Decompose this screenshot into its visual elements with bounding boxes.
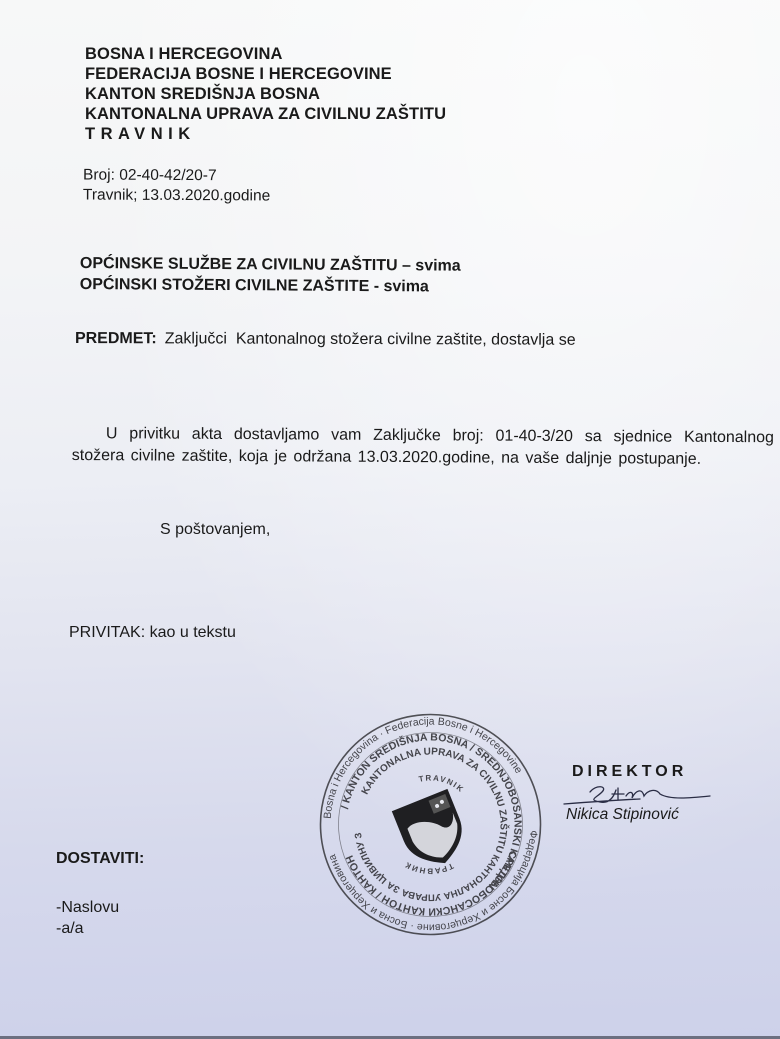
letterhead-line: KANTON SREDIŠNJA BOSNA bbox=[85, 84, 446, 104]
document-meta: Broj: 02-40-42/20-7 Travnik; 13.03.2020.… bbox=[83, 166, 270, 207]
letterhead-city: TRAVNIK bbox=[85, 124, 446, 144]
letterhead-line: BOSNA I HERCEGOVINA bbox=[85, 44, 446, 64]
coat-of-arms-icon bbox=[392, 789, 473, 875]
recipients: OPĆINSKE SLUŽBE ZA CIVILNU ZAŠTITU – svi… bbox=[80, 253, 461, 298]
delivery-list: -Naslovu -a/a bbox=[56, 897, 119, 939]
recipient-line: OPĆINSKE SLUŽBE ZA CIVILNU ZAŠTITU – svi… bbox=[80, 253, 461, 277]
official-stamp: Bosna i Hercegovina · Federacija Bosne i… bbox=[310, 704, 550, 944]
letterhead-line: KANTONALNA UPRAVA ZA CIVILNU ZAŠTITU bbox=[85, 104, 446, 124]
letterhead-line: FEDERACIJA BOSNE I HERCEGOVINE bbox=[85, 64, 446, 84]
subject-text: Zaključci Kantonalnog stožera civilne za… bbox=[165, 330, 576, 348]
handwritten-signature bbox=[560, 778, 720, 808]
subject-line: PREDMET:Zaključci Kantonalnog stožera ci… bbox=[75, 330, 576, 350]
document-place-date: Travnik; 13.03.2020.godine bbox=[83, 186, 270, 207]
delivery-item: -Naslovu bbox=[56, 897, 119, 918]
document-number: Broj: 02-40-42/20-7 bbox=[83, 166, 270, 187]
director-name: Nikica Stipinović bbox=[566, 806, 679, 824]
body-paragraph-text: U privitku akta dostavljamo vam Zaključk… bbox=[72, 425, 774, 468]
delivery-title: DOSTAVITI: bbox=[56, 850, 144, 868]
letterhead: BOSNA I HERCEGOVINA FEDERACIJA BOSNE I H… bbox=[85, 44, 446, 144]
body-paragraph: U privitku akta dostavljamo vam Zaključk… bbox=[72, 423, 774, 471]
regards: S poštovanjem, bbox=[160, 521, 270, 539]
delivery-item: -a/a bbox=[56, 918, 119, 939]
recipient-line: OPĆINSKI STOŽERI CIVILNE ZAŠTITE - svima bbox=[80, 274, 461, 298]
subject-label: PREDMET: bbox=[75, 330, 157, 347]
attachment-note: PRIVITAK: kao u tekstu bbox=[69, 624, 236, 642]
